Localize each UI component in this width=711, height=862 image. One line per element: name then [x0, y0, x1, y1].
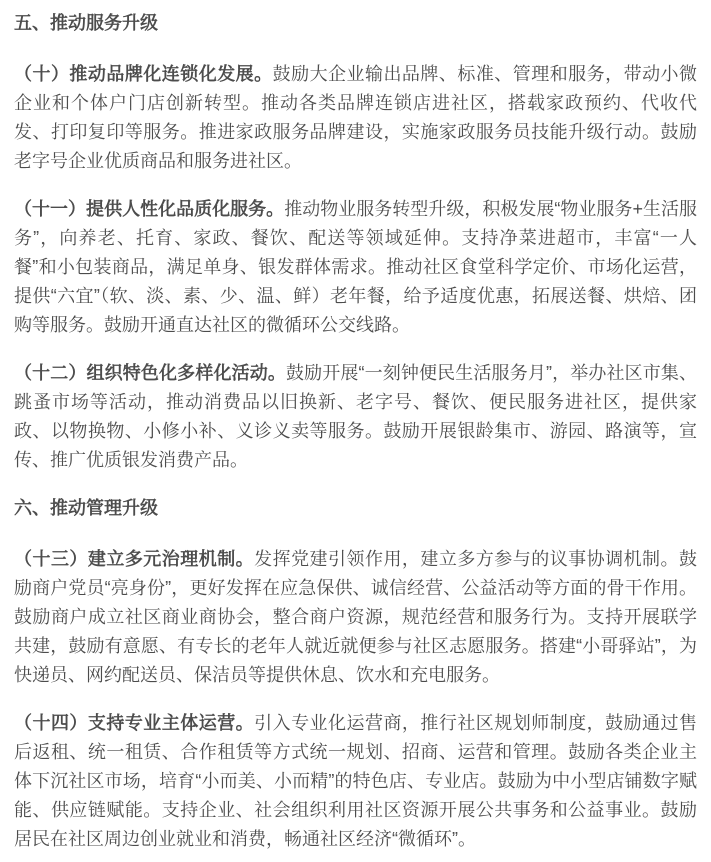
paragraph-lead: （十一）提供人性化品质化服务。: [14, 199, 284, 219]
paragraph-lead: （十四）支持专业主体运营。: [14, 713, 254, 733]
policy-document: 五、推动服务升级 （十）推动品牌化连锁化发展。鼓励大企业输出品牌、标准、管理和服…: [0, 0, 711, 862]
policy-paragraph-11: （十一）提供人性化品质化服务。推动物业服务转型升级，积极发展“物业服务+生活服务…: [14, 195, 697, 340]
policy-paragraph-10: （十）推动品牌化连锁化发展。鼓励大企业输出品牌、标准、管理和服务，带动小微企业和…: [14, 60, 697, 176]
paragraph-body: 引入专业化运营商，推行社区规划师制度，鼓励通过售后返租、统一租赁、合作租赁等方式…: [14, 713, 697, 849]
section-heading-management-upgrade: 六、推动管理升级: [14, 494, 697, 523]
section-heading-service-upgrade: 五、推动服务升级: [14, 9, 697, 38]
paragraph-body: 发挥党建引领作用，建立多方参与的议事协调机制。鼓励商户党员“亮身份”，更好发挥在…: [14, 549, 697, 685]
paragraph-lead: （十二）组织特色化多样化活动。: [14, 363, 286, 383]
policy-paragraph-13: （十三）建立多元治理机制。发挥党建引领作用，建立多方参与的议事协调机制。鼓励商户…: [14, 545, 697, 690]
policy-paragraph-12: （十二）组织特色化多样化活动。鼓励开展“一刻钟便民生活服务月”，举办社区市集、跳…: [14, 359, 697, 475]
policy-paragraph-14: （十四）支持专业主体运营。引入专业化运营商，推行社区规划师制度，鼓励通过售后返租…: [14, 709, 697, 854]
paragraph-lead: （十）推动品牌化连锁化发展。: [14, 64, 273, 84]
paragraph-body: 推动物业服务转型升级，积极发展“物业服务+生活服务”，向养老、托育、家政、餐饮、…: [14, 199, 697, 335]
paragraph-lead: （十三）建立多元治理机制。: [14, 549, 254, 569]
